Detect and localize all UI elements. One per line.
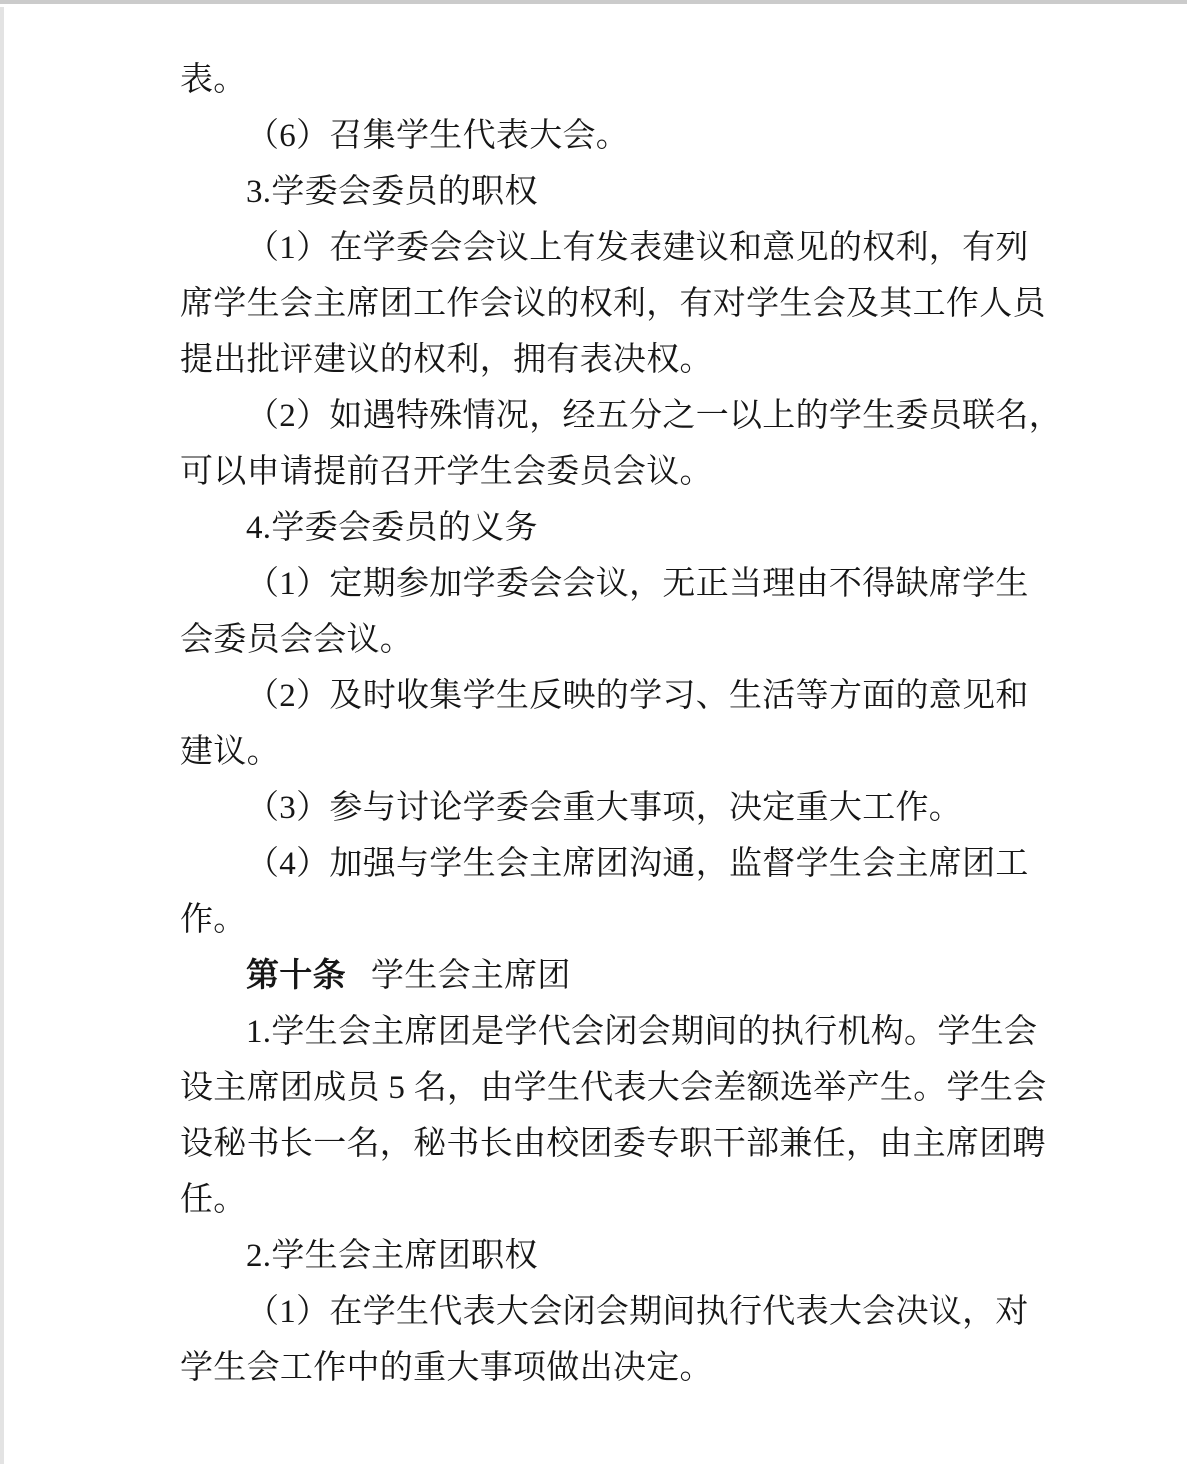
text-line: 设秘书长一名，秘书长由校团委专职干部兼任，由主席团聘 <box>180 1116 1040 1172</box>
text-line: 可以申请提前召开学生会委员会议。 <box>180 444 1040 500</box>
text-line: 席学生会主席团工作会议的权利，有对学生会及其工作人员 <box>180 276 1040 332</box>
text-line: 设主席团成员 5 名，由学生代表大会差额选举产生。学生会 <box>180 1060 1040 1116</box>
text-line: 3.学委会委员的职权 <box>180 164 1040 220</box>
text-line: （3）参与讨论学委会重大事项，决定重大工作。 <box>180 780 1040 836</box>
document-page: 表。（6）召集学生代表大会。3.学委会委员的职权（1）在学委会会议上有发表建议和… <box>0 0 1192 1464</box>
text-line: 学生会工作中的重大事项做出决定。 <box>180 1340 1040 1396</box>
page-left-edge <box>0 7 4 1464</box>
text-line: 4.学委会委员的义务 <box>180 500 1040 556</box>
text-line: （2）如遇特殊情况，经五分之一以上的学生委员联名， <box>180 388 1040 444</box>
article-number: 第十条 <box>246 958 346 994</box>
text-line: 表。 <box>180 52 1040 108</box>
text-line: （1）在学生代表大会闭会期间执行代表大会决议，对 <box>180 1284 1040 1340</box>
text-line: 作。 <box>180 892 1040 948</box>
text-line: 2.学生会主席团职权 <box>180 1228 1040 1284</box>
page-top-edge <box>0 0 1187 4</box>
text-line: （6）召集学生代表大会。 <box>180 108 1040 164</box>
text-line: （1）定期参加学委会会议，无正当理由不得缺席学生 <box>180 556 1040 612</box>
heading-line: 第十条学生会主席团 <box>180 948 1040 1004</box>
text-line: 会委员会会议。 <box>180 612 1040 668</box>
text-line: （2）及时收集学生反映的学习、生活等方面的意见和 <box>180 668 1040 724</box>
text-line: 建议。 <box>180 724 1040 780</box>
text-line: （1）在学委会会议上有发表建议和意见的权利，有列 <box>180 220 1040 276</box>
text-line: （4）加强与学生会主席团沟通，监督学生会主席团工 <box>180 836 1040 892</box>
article-title: 学生会主席团 <box>371 958 571 994</box>
text-line: 提出批评建议的权利，拥有表决权。 <box>180 332 1040 388</box>
text-line: 任。 <box>180 1172 1040 1228</box>
text-line: 1.学生会主席团是学代会闭会期间的执行机构。学生会 <box>180 1004 1040 1060</box>
document-body: 表。（6）召集学生代表大会。3.学委会委员的职权（1）在学委会会议上有发表建议和… <box>180 52 1040 1396</box>
